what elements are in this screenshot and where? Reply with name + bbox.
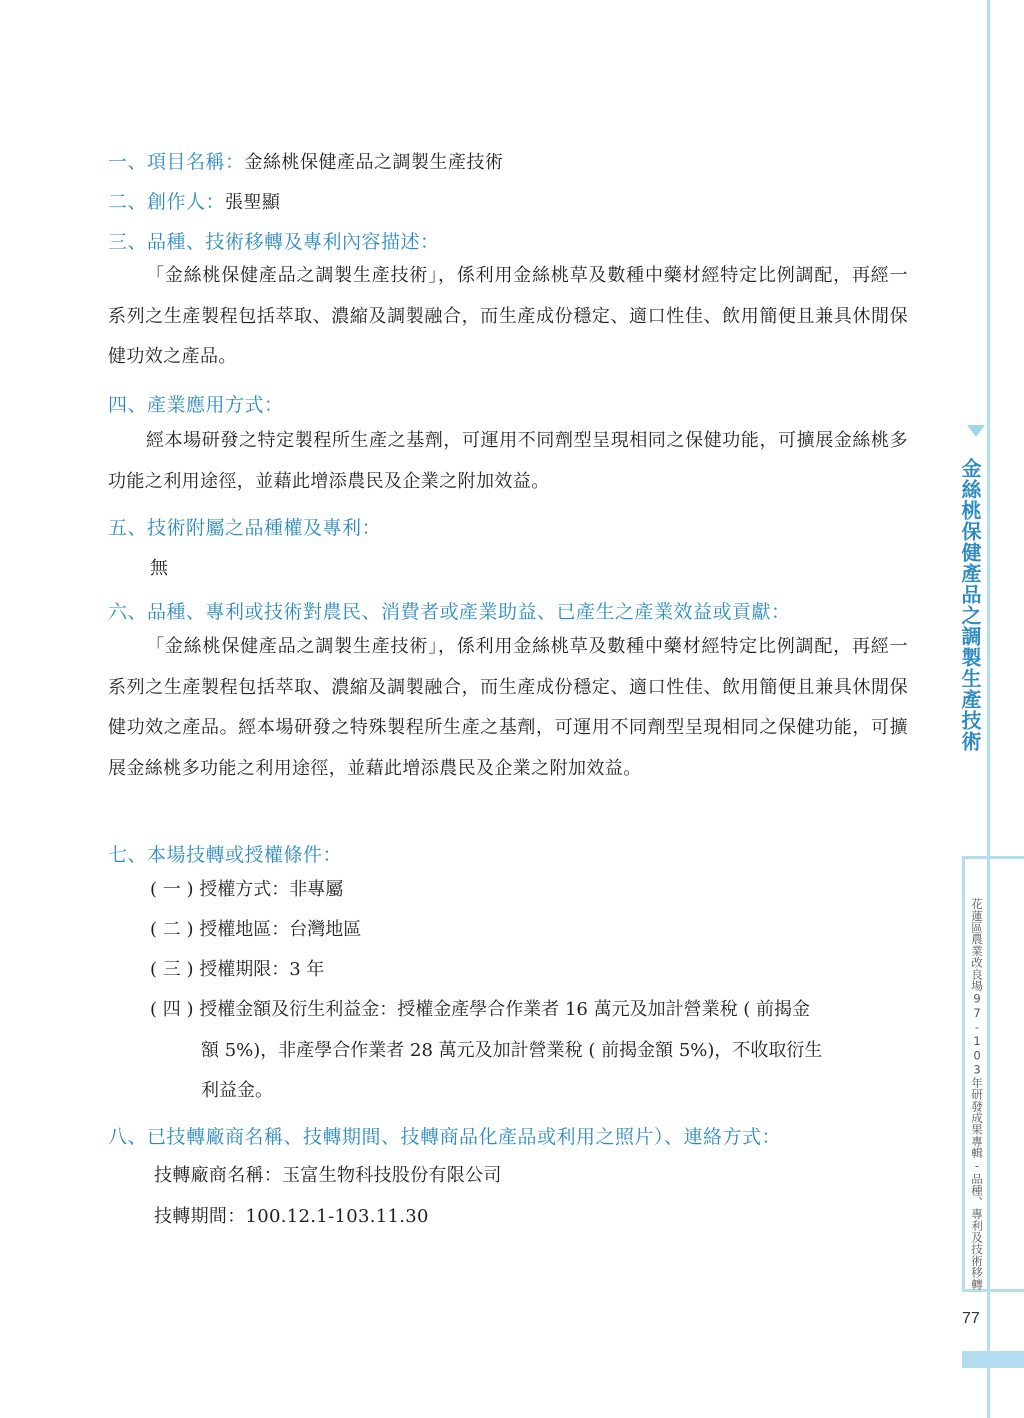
section-label: 已技轉廠商名稱、技轉期間、技轉商品化產品或利用之照片）、連絡方式： (147, 1126, 781, 1148)
condition-item-4: ( 四 ) 授權金額及衍生利益金：授權金產學合作業者 16 萬元及加計營業稅 (… (150, 990, 908, 1112)
section-4-body: 經本場研發之特定製程所生產之基劑，可運用不同劑型呈現相同之保健功能，可擴展金絲桃… (108, 421, 908, 502)
section-number: 五、 (108, 517, 147, 539)
section-number: 一、 (108, 151, 147, 173)
section-label: 產業應用方式： (147, 394, 284, 416)
section-8-heading: 八、已技轉廠商名稱、技轉期間、技轉商品化產品或利用之照片）、連絡方式： (108, 1122, 781, 1149)
page-number: 77 (962, 1310, 980, 1328)
item-marker: ( 二 ) (150, 919, 194, 940)
section-6-body: 「金絲桃保健產品之調製生產技術」，係利用金絲桃草及數種中藥材經特定比例調配，再經… (108, 627, 908, 789)
condition-item-2: ( 二 ) 授權地區：台灣地區 (150, 910, 908, 951)
licensee-name: 技轉廠商名稱：玉富生物科技股份有限公司 (154, 1161, 502, 1187)
section-number: 二、 (108, 191, 147, 213)
section-number: 四、 (108, 394, 147, 416)
item-marker: ( 四 ) (150, 999, 194, 1020)
condition-item-1: ( 一 ) 授權方式：非專屬 (150, 870, 908, 911)
section-number: 八、 (108, 1126, 147, 1148)
section-number: 三、 (108, 231, 147, 253)
condition-item-3: ( 三 ) 授權期限：3 年 (150, 950, 908, 991)
chapter-side-title: 金絲桃保健產品之調製生產技術 (959, 458, 985, 752)
section-5-body: 無 (150, 554, 168, 580)
triangle-marker-icon (967, 425, 985, 437)
section-number: 七、 (108, 844, 147, 866)
creator-name: 張聖顯 (225, 192, 281, 213)
section-label: 技術附屬之品種權及專利： (147, 517, 381, 539)
item-text: 授權地區：台灣地區 (199, 919, 361, 940)
section-label: 創作人： (147, 191, 225, 213)
section-3-body: 「金絲桃保健產品之調製生產技術」，係利用金絲桃草及數種中藥材經特定比例調配，再經… (108, 256, 908, 378)
item-marker: ( 三 ) (150, 959, 194, 980)
section-label: 本場技轉或授權條件： (147, 844, 342, 866)
item-text: 授權金額及衍生利益金：授權金產學合作業者 16 萬元及加計營業稅 ( 前揭金 (199, 999, 810, 1020)
item-text-continued: 額 5%)，非產學合作業者 28 萬元及加計營業稅 ( 前揭金額 5%)，不收取… (150, 1031, 908, 1072)
section-3-heading: 三、品種、技術移轉及專利內容描述： (108, 227, 440, 254)
section-number: 六、 (108, 601, 147, 623)
section-label: 項目名稱： (147, 151, 245, 173)
item-text: 授權方式：非專屬 (199, 879, 343, 900)
section-label: 品種、專利或技術對農民、消費者或產業助益、已產生之產業效益或貢獻： (147, 601, 791, 623)
project-name: 金絲桃保健產品之調製生產技術 (245, 152, 504, 173)
section-5-heading: 五、技術附屬之品種權及專利： (108, 513, 381, 540)
section-4-heading: 四、產業應用方式： (108, 390, 284, 417)
book-side-title: 花蓮區農業改良場97-103年研發成果專輯-品種、專利及技術移轉 (968, 898, 986, 1290)
section-2-heading: 二、創作人：張聖顯 (108, 187, 281, 214)
section-7-heading: 七、本場技轉或授權條件： (108, 840, 342, 867)
item-text: 授權期限：3 年 (199, 959, 324, 980)
item-text-continued: 利益金。 (150, 1071, 908, 1112)
section-1-heading: 一、項目名稱：金絲桃保健產品之調製生產技術 (108, 147, 504, 174)
page-footer-bar (962, 1351, 1024, 1368)
section-6-heading: 六、品種、專利或技術對農民、消費者或產業助益、已產生之產業效益或貢獻： (108, 597, 791, 624)
item-marker: ( 一 ) (150, 879, 194, 900)
section-label: 品種、技術移轉及專利內容描述： (147, 231, 440, 253)
transfer-period: 技轉期間：100.12.1-103.11.30 (154, 1202, 429, 1228)
